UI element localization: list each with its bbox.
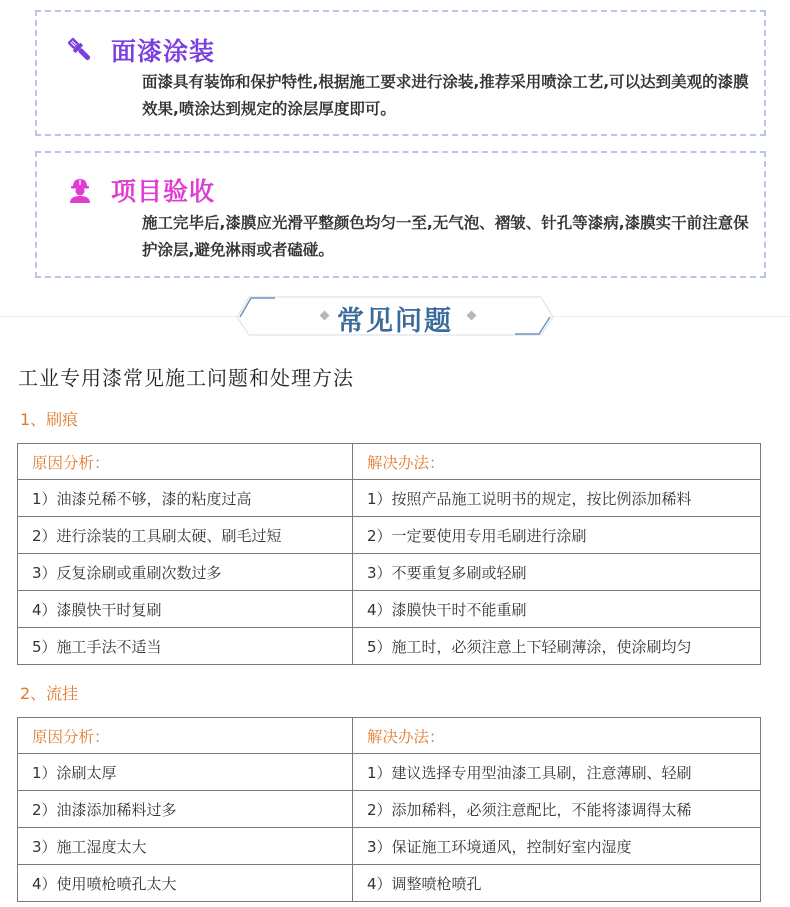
card-header: 面漆涂装 — [65, 32, 215, 68]
cause-cell: 4）使用喷枪喷孔太大 — [18, 865, 353, 902]
paint-brush-icon — [65, 35, 95, 65]
info-card-acceptance: 项目验收 施工完毕后,漆膜应光滑平整颜色均匀一至,无气泡、褶皱、针孔等漆病,漆膜… — [35, 151, 766, 278]
solution-cell: 1）按照产品施工说明书的规定，按比例添加稀料 — [353, 480, 761, 517]
table-header-row: 原因分析： 解决办法： — [18, 718, 761, 754]
cause-cell: 5）施工手法不适当 — [18, 628, 353, 665]
header-solution: 解决办法： — [353, 444, 761, 480]
cause-cell: 1）涂刷太厚 — [18, 754, 353, 791]
cause-cell: 1）油漆兑稀不够，漆的粘度过高 — [18, 480, 353, 517]
table-row: 3）施工湿度太大 3）保证施工环境通风，控制好室内湿度 — [18, 828, 761, 865]
card-title: 面漆涂装 — [111, 32, 215, 68]
cause-cell: 2）油漆添加稀料过多 — [18, 791, 353, 828]
card-header: 项目验收 — [65, 172, 215, 208]
info-card-topcoat: 面漆涂装 面漆具有装饰和保护特性,根据施工要求进行涂装,推荐采用喷涂工艺,可以达… — [35, 10, 766, 136]
table-row: 1）涂刷太厚 1）建议选择专用型油漆工具刷，注意薄刷、轻刷 — [18, 754, 761, 791]
cause-cell: 3）反复涂刷或重刷次数过多 — [18, 554, 353, 591]
card-title: 项目验收 — [111, 172, 215, 208]
solution-cell: 2）一定要使用专用毛刷进行涂刷 — [353, 517, 761, 554]
solution-cell: 3）不要重复多刷或轻刷 — [353, 554, 761, 591]
section-banner-faq: 常见问题 — [0, 295, 790, 339]
solution-cell: 4）漆膜快干时不能重刷 — [353, 591, 761, 628]
solution-cell: 2）添加稀料，必须注意配比，不能将漆调得太稀 — [353, 791, 761, 828]
solution-cell: 5）施工时，必须注意上下轻刷薄涂，使涂刷均匀 — [353, 628, 761, 665]
page-title: 工业专用漆常见施工问题和处理方法 — [18, 362, 354, 391]
cause-cell: 2）进行涂装的工具刷太硬、刷毛过短 — [18, 517, 353, 554]
card-description: 施工完毕后,漆膜应光滑平整颜色均匀一至,无气泡、褶皱、针孔等漆病,漆膜实干前注意… — [142, 210, 752, 264]
qa-table-sagging: 原因分析： 解决办法： 1）涂刷太厚 1）建议选择专用型油漆工具刷，注意薄刷、轻… — [17, 717, 761, 902]
table-header-row: 原因分析： 解决办法： — [18, 444, 761, 480]
section-title-sagging: 2、流挂 — [20, 681, 78, 704]
worker-helmet-icon — [65, 175, 95, 205]
table-row: 2）进行涂装的工具刷太硬、刷毛过短 2）一定要使用专用毛刷进行涂刷 — [18, 517, 761, 554]
table-row: 3）反复涂刷或重刷次数过多 3）不要重复多刷或轻刷 — [18, 554, 761, 591]
header-solution: 解决办法： — [353, 718, 761, 754]
table-row: 4）漆膜快干时复刷 4）漆膜快干时不能重刷 — [18, 591, 761, 628]
table-row: 1）油漆兑稀不够，漆的粘度过高 1）按照产品施工说明书的规定，按比例添加稀料 — [18, 480, 761, 517]
cause-cell: 3）施工湿度太大 — [18, 828, 353, 865]
card-description: 面漆具有装饰和保护特性,根据施工要求进行涂装,推荐采用喷涂工艺,可以达到美观的漆… — [142, 69, 752, 123]
header-cause: 原因分析： — [18, 718, 353, 754]
qa-table-brush-marks: 原因分析： 解决办法： 1）油漆兑稀不够，漆的粘度过高 1）按照产品施工说明书的… — [17, 443, 761, 665]
table-row: 4）使用喷枪喷孔太大 4）调整喷枪喷孔 — [18, 865, 761, 902]
solution-cell: 4）调整喷枪喷孔 — [353, 865, 761, 902]
solution-cell: 1）建议选择专用型油漆工具刷，注意薄刷、轻刷 — [353, 754, 761, 791]
section-title-brush-marks: 1、刷痕 — [20, 407, 78, 430]
header-cause: 原因分析： — [18, 444, 353, 480]
table-row: 2）油漆添加稀料过多 2）添加稀料，必须注意配比，不能将漆调得太稀 — [18, 791, 761, 828]
table-row: 5）施工手法不适当 5）施工时，必须注意上下轻刷薄涂，使涂刷均匀 — [18, 628, 761, 665]
solution-cell: 3）保证施工环境通风，控制好室内湿度 — [353, 828, 761, 865]
banner-title: 常见问题 — [0, 299, 790, 338]
cause-cell: 4）漆膜快干时复刷 — [18, 591, 353, 628]
